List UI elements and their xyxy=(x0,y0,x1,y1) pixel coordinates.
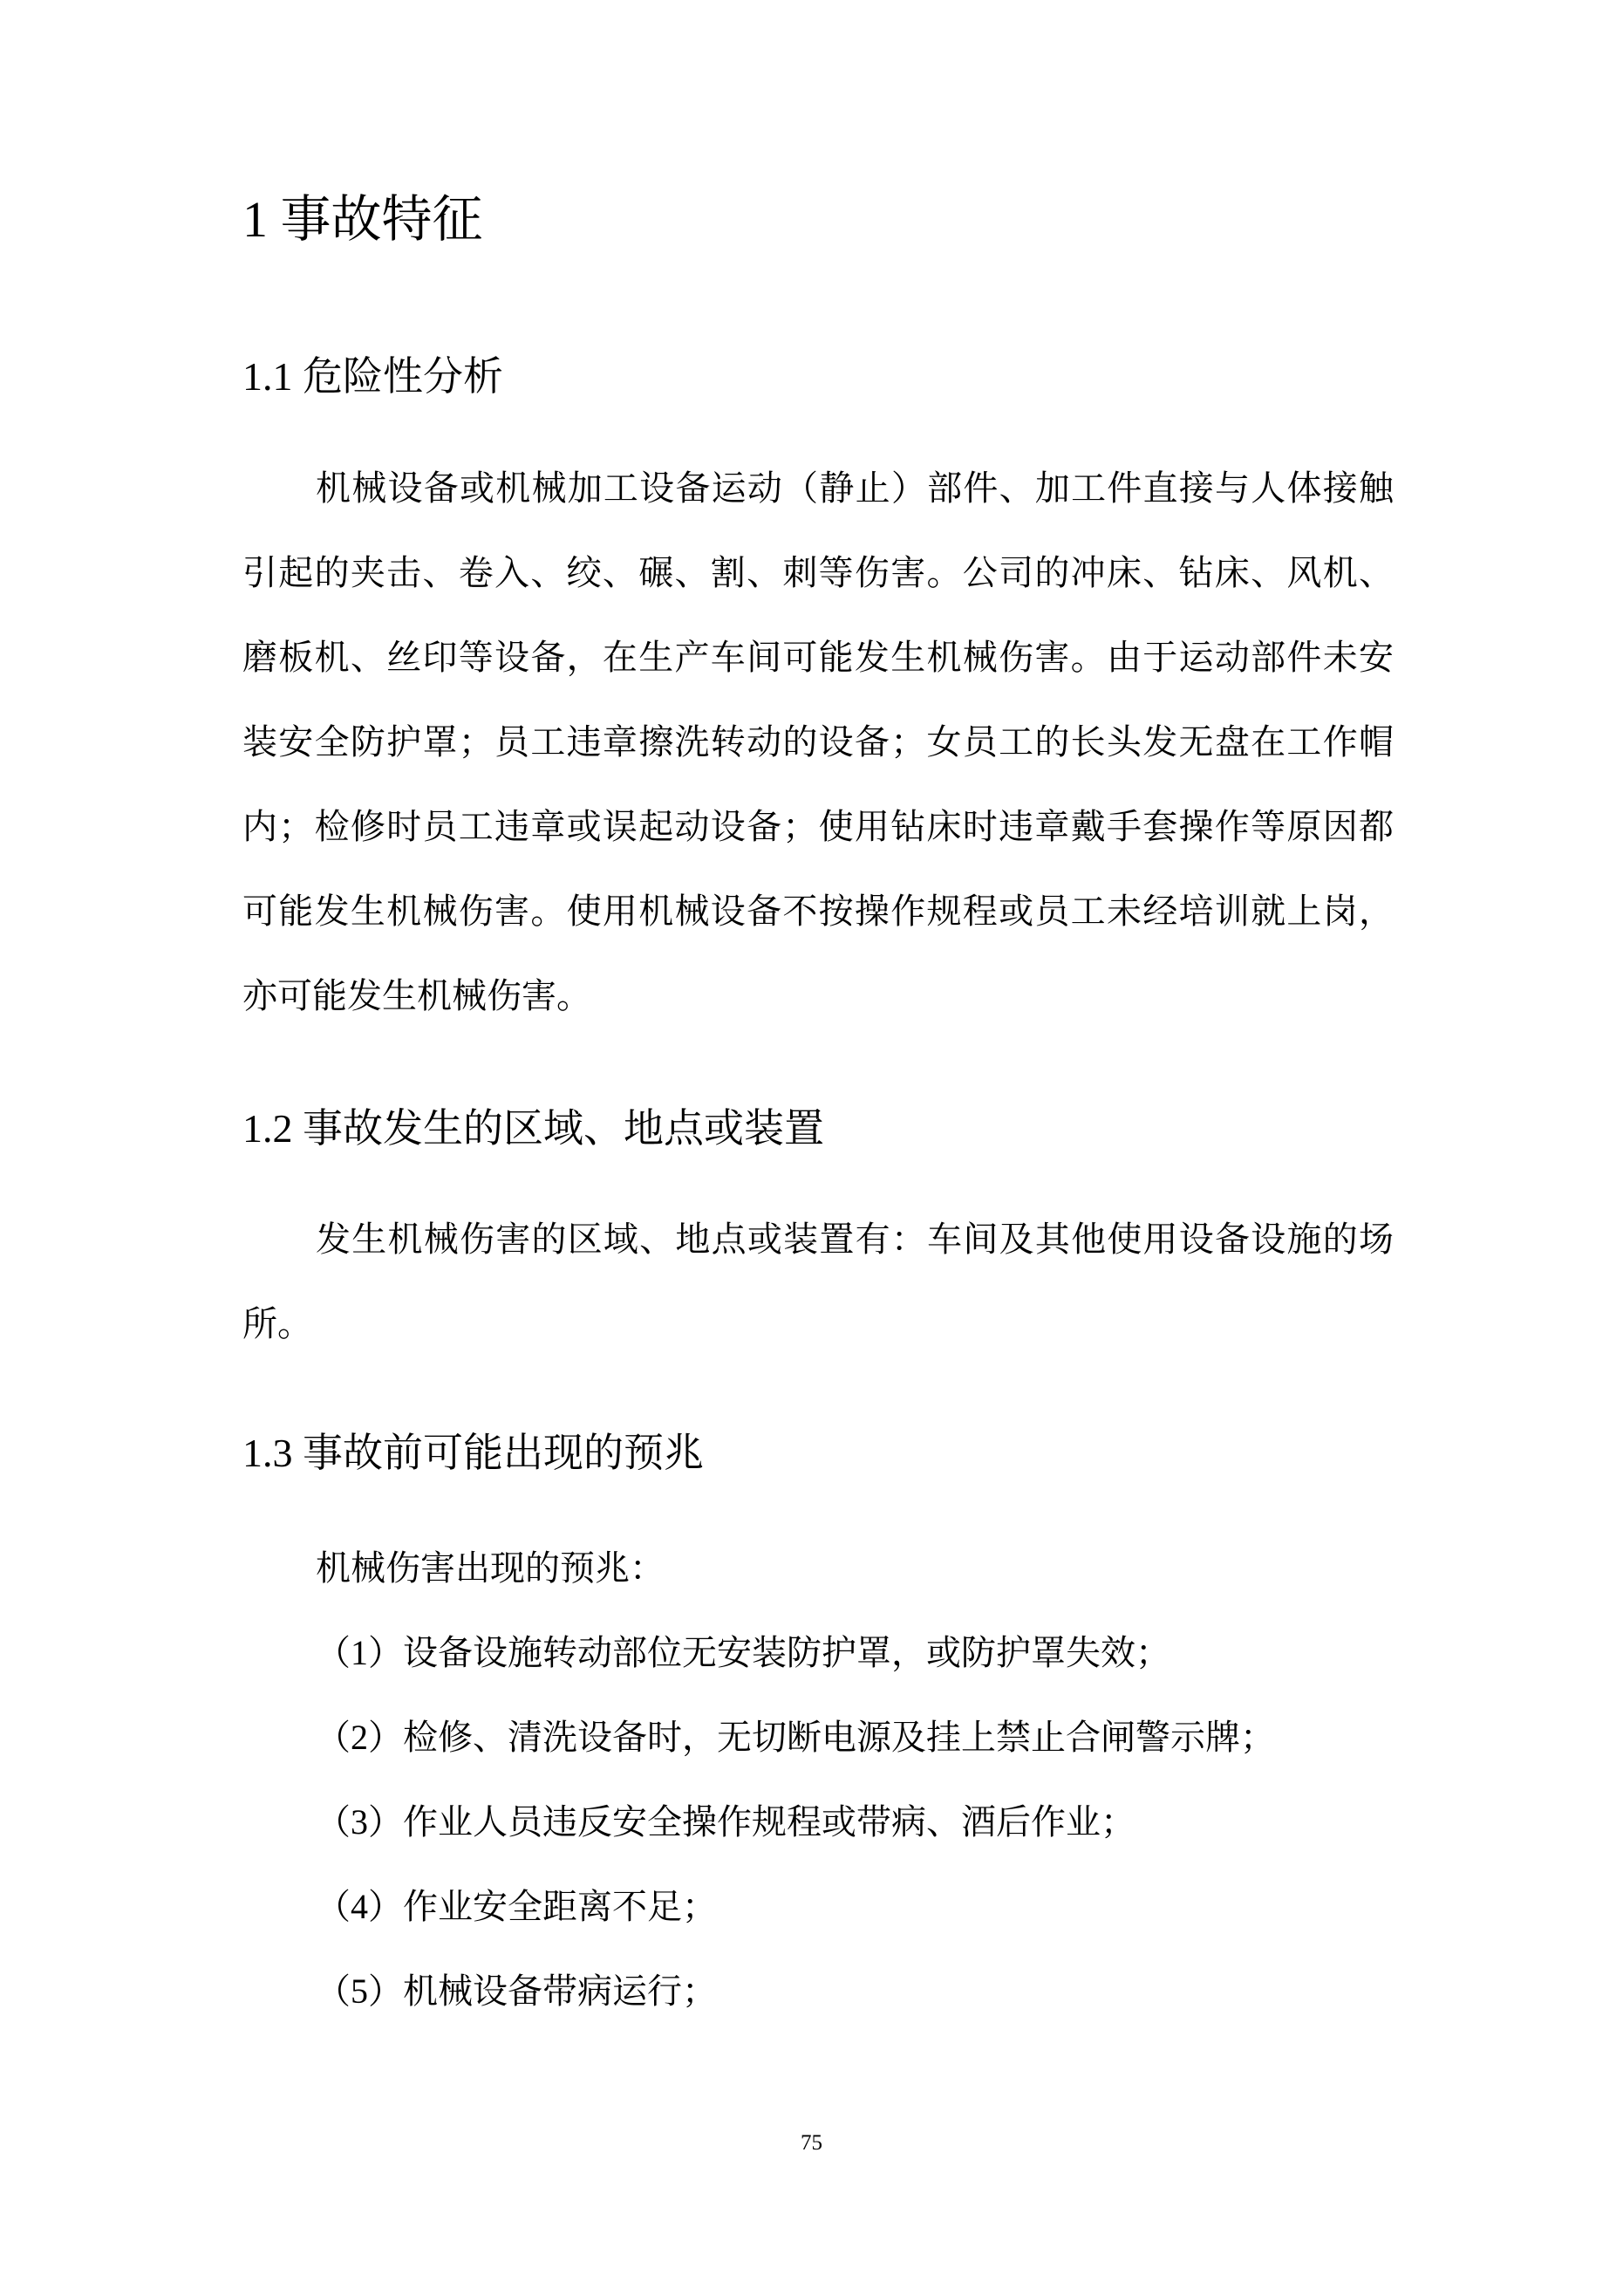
paragraph-line: 磨板机、丝印等设备，在生产车间可能发生机械伤害。由于运动部件未安 xyxy=(242,615,1394,700)
paragraph-locations: 发生机械伤害的区域、地点或装置有：车间及其他使用设备设施的场 所。 xyxy=(242,1197,1394,1366)
section-1-3-heading: 1.3 事故前可能出现的预兆 xyxy=(242,1431,704,1477)
paragraph-line: 发生机械伤害的区域、地点或装置有：车间及其他使用设备设施的场 xyxy=(242,1197,1394,1281)
paragraph-line: 可能发生机械伤害。使用机械设备不按操作规程或员工未经培训就上岗， xyxy=(242,869,1394,953)
paragraph-line: 所。 xyxy=(242,1281,1394,1366)
section-1-1-heading: 1.1 危险性分析 xyxy=(242,354,503,400)
chapter-title: 1 事故特征 xyxy=(242,191,483,249)
paragraph-omens-intro: 机械伤害出现的预兆： xyxy=(242,1526,1394,1610)
document-page: 1 事故特征 1.1 危险性分析 机械设备或机械加工设备运动（静止）部件、加工件… xyxy=(0,0,1623,2296)
section-1-2-heading: 1.2 事故发生的区域、地点或装置 xyxy=(242,1106,824,1152)
list-item: （5）机械设备带病运行； xyxy=(242,1949,1394,2033)
list-item: （4）作业安全距离不足； xyxy=(242,1864,1394,1949)
paragraph-line: 装安全防护罩；员工违章擦洗转动的设备；女员工的长头发无盘在工作帽 xyxy=(242,700,1394,784)
list-item: （2）检修、清洗设备时，无切断电源及挂上禁止合闸警示牌； xyxy=(242,1695,1394,1780)
list-item: （3）作业人员违反安全操作规程或带病、酒后作业； xyxy=(242,1780,1394,1864)
paragraph-line: 内；检修时员工违章或误起动设备；使用钻床时违章戴手套操作等原因都 xyxy=(242,784,1394,869)
paragraph-line: 机械伤害出现的预兆： xyxy=(242,1526,1394,1610)
list-item: （1）设备设施转动部位无安装防护罩，或防护罩失效； xyxy=(242,1610,1394,1695)
paragraph-line: 引起的夹击、卷入、绞、碾、割、刺等伤害。公司的冲床、钻床、风机、 xyxy=(242,530,1394,615)
omens-list: （1）设备设施转动部位无安装防护罩，或防护罩失效； （2）检修、清洗设备时，无切… xyxy=(242,1610,1394,2033)
paragraph-line: 机械设备或机械加工设备运动（静止）部件、加工件直接与人体接触 xyxy=(242,446,1394,530)
paragraph-line: 亦可能发生机械伤害。 xyxy=(242,953,1394,1038)
page-number: 75 xyxy=(0,2130,1623,2156)
paragraph-risk-analysis: 机械设备或机械加工设备运动（静止）部件、加工件直接与人体接触 引起的夹击、卷入、… xyxy=(242,446,1394,1038)
